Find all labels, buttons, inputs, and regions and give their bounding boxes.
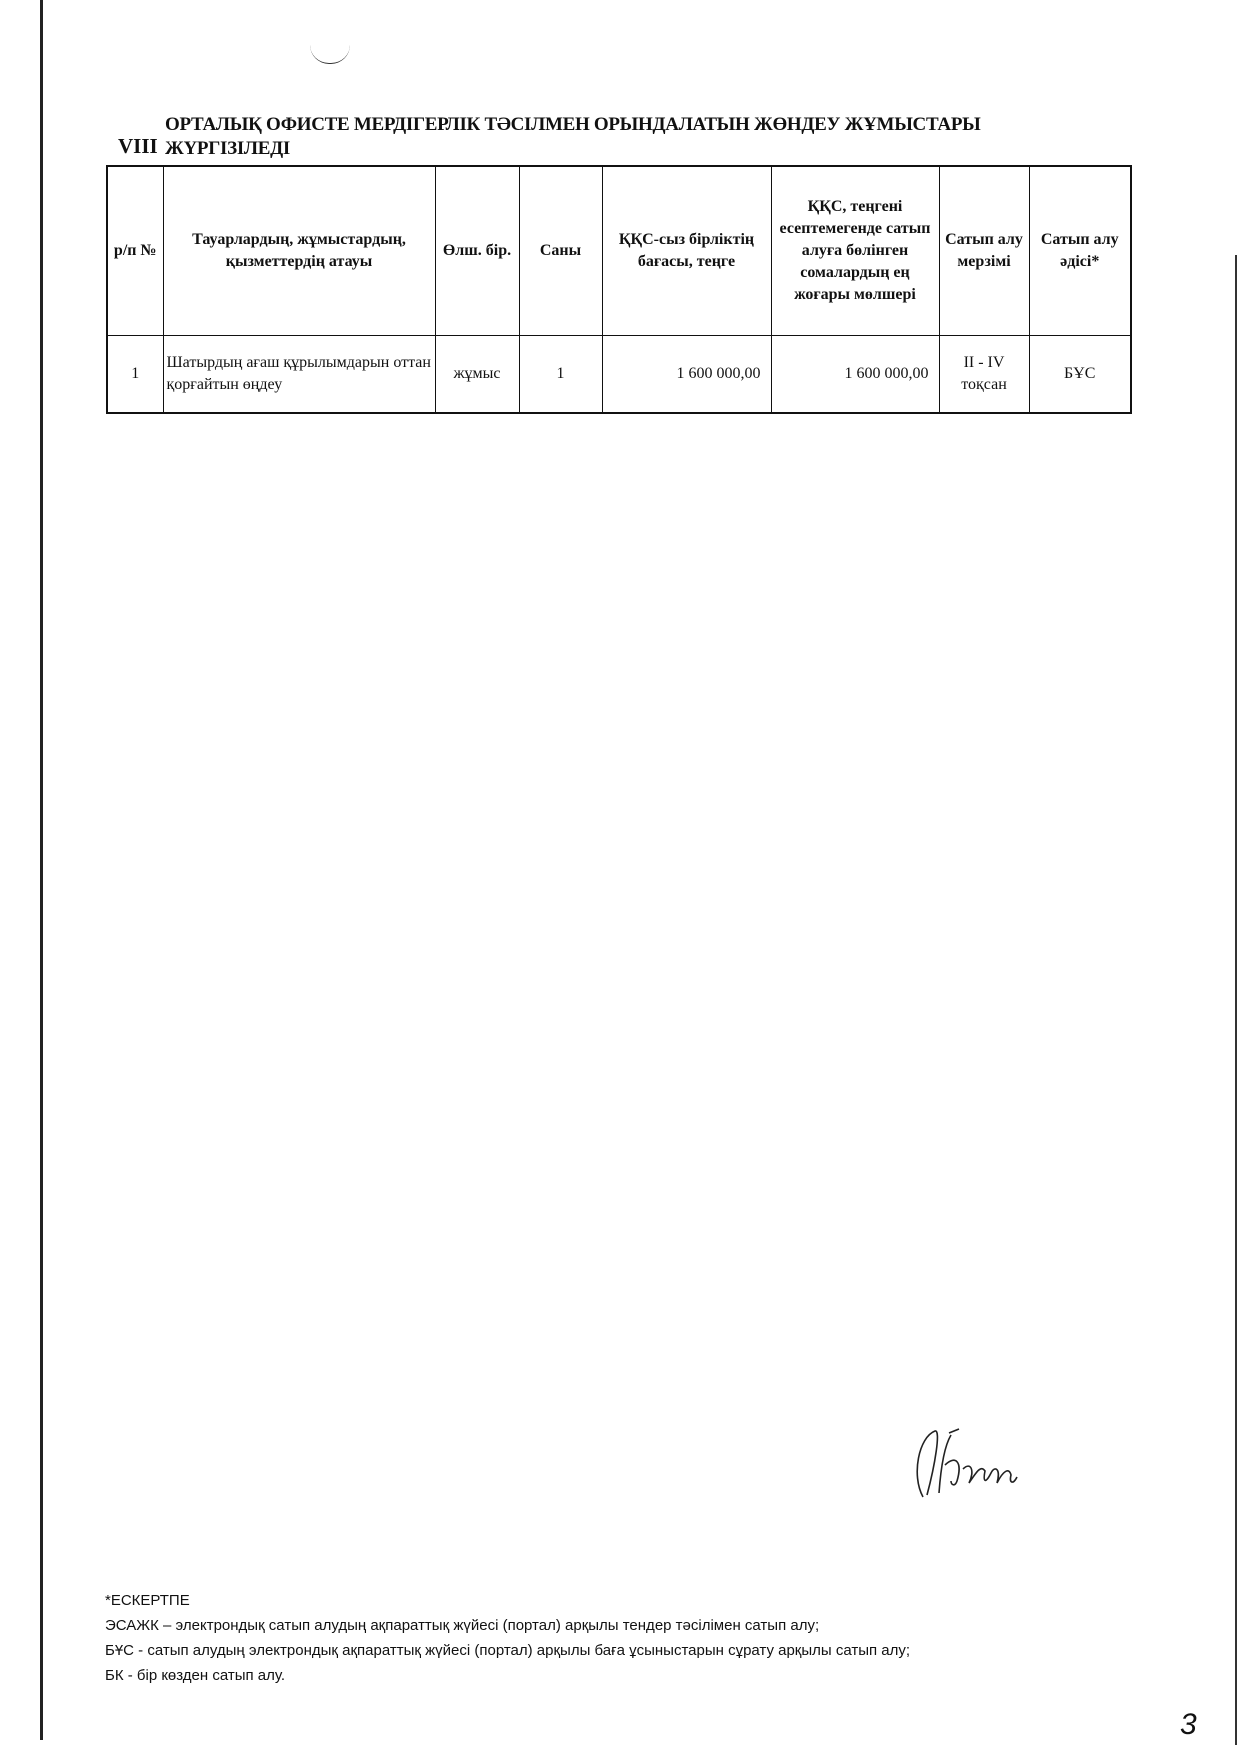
section-number: VIII: [118, 134, 158, 159]
header-period: Сатып алу мерзімі: [939, 166, 1029, 336]
cell-unit: жұмыс: [435, 336, 519, 414]
section-title: ОРТАЛЫҚ ОФИСТЕ МЕРДІГЕРЛІК ТӘСІЛМЕН ОРЫН…: [165, 113, 1065, 161]
header-unit: Өлш. бір.: [435, 166, 519, 336]
cell-method: БҰС: [1029, 336, 1131, 414]
cell-max-amount: 1 600 000,00: [771, 336, 939, 414]
header-qty: Саны: [519, 166, 602, 336]
table-header-row: р/п № Тауарлардың, жұмыстардың, қызметте…: [107, 166, 1131, 336]
header-name: Тауарлардың, жұмыстардың, қызметтердің а…: [163, 166, 435, 336]
table-row: 1 Шатырдың ағаш құрылымдарын оттан қорға…: [107, 336, 1131, 414]
header-num: р/п №: [107, 166, 163, 336]
footnote-line: ЭСАЖК – электрондық сатып алудың ақпарат…: [105, 1613, 910, 1638]
footnote-heading: *ЕСКЕРТПЕ: [105, 1588, 910, 1613]
footnote-line: БҰС - сатып алудың электрондық ақпаратты…: [105, 1638, 910, 1663]
signature: [905, 1425, 1035, 1505]
header-method: Сатып алу әдісі*: [1029, 166, 1131, 336]
cell-num: 1: [107, 336, 163, 414]
scan-edge-left: [40, 0, 43, 1740]
procurement-table: р/п № Тауарлардың, жұмыстардың, қызметте…: [106, 165, 1132, 414]
header-max-amount: ҚҚС, теңгені есептемегенде сатып алуға б…: [771, 166, 939, 336]
page-number: 3: [1180, 1708, 1197, 1742]
cell-qty: 1: [519, 336, 602, 414]
handwritten-mark: [310, 45, 350, 64]
cell-name: Шатырдың ағаш құрылымдарын оттан қорғайт…: [163, 336, 435, 414]
cell-unit-price: 1 600 000,00: [602, 336, 771, 414]
cell-period: II - IV тоқсан: [939, 336, 1029, 414]
scan-edge-right: [1235, 255, 1237, 1745]
header-unit-price: ҚҚС-сыз бірліктің бағасы, теңге: [602, 166, 771, 336]
footnote-line: БК - бір көзден сатып алу.: [105, 1663, 910, 1688]
footnote: *ЕСКЕРТПЕ ЭСАЖК – электрондық сатып алуд…: [105, 1588, 910, 1688]
